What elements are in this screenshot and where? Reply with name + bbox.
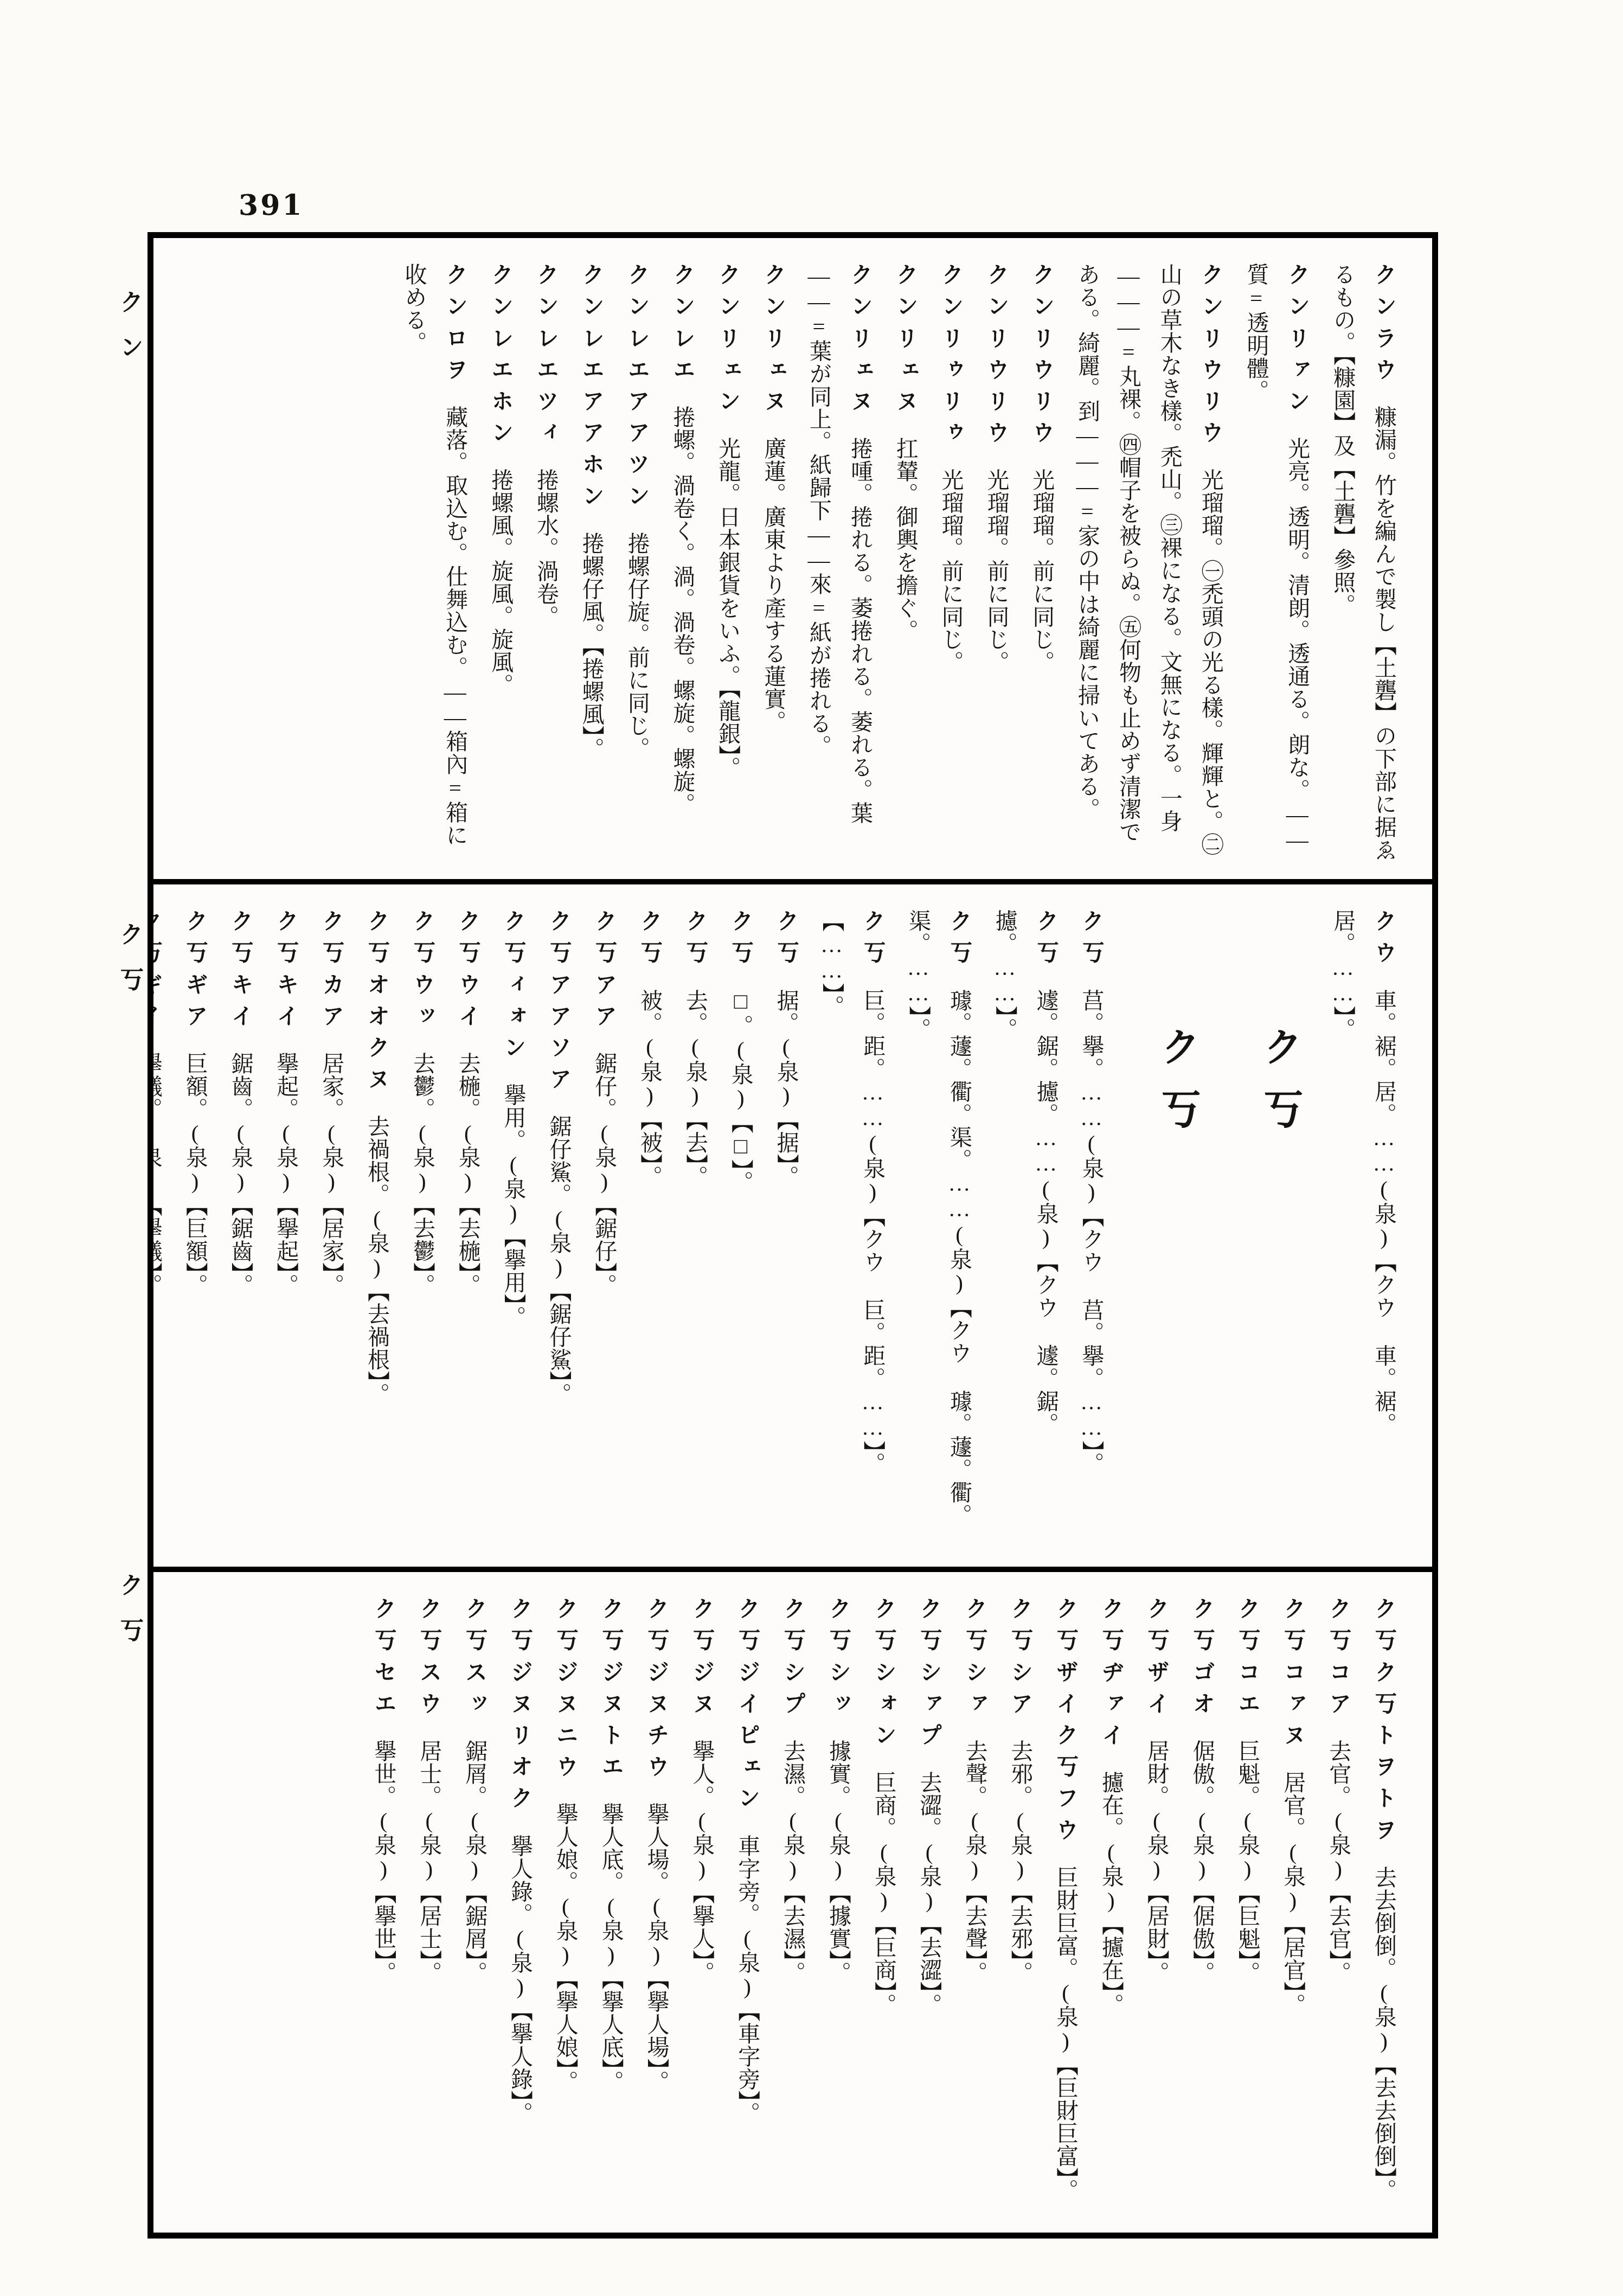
entry-reading: ク丂スッ: [462, 1597, 487, 1723]
entry-text: 捲螺水。渦卷。: [534, 469, 559, 628]
entry-text: 鋸齒。(泉)【鋸齒】。: [228, 1052, 253, 1297]
entry-reading: ク丂: [683, 909, 708, 972]
entry-reading: ク丂: [774, 909, 799, 972]
margin-label-ku-special: ク丂: [112, 1573, 146, 1663]
entry-text: 居財。(泉)【居財】。: [1144, 1740, 1169, 1985]
dictionary-entry: ク丂オオクヌ去禍根。(泉)【去禍根】。: [356, 909, 397, 1551]
entry-reading: ク丂: [728, 909, 753, 972]
dictionary-entry: ク丂璩。蘧。衢。渠。……(泉)【クウ 璩。蘧。衢。渠。……】。: [897, 909, 979, 1551]
dictionary-entry: クウ車。裾。居。……(泉)【クウ 車。裾。居。……】。: [1322, 909, 1404, 1551]
dictionary-entry: ク丂ジヌニウ擧人娘。(泉)【擧人娘】。: [544, 1597, 586, 2217]
dictionary-entry: ク丂ジヌチウ擧人場。(泉)【擧人場】。: [636, 1597, 677, 2217]
entry-reading: クンラウ: [1371, 263, 1396, 389]
entry-reading: ク丂ジヌニウ: [553, 1597, 578, 1786]
entry-reading: ク丂: [1079, 909, 1104, 972]
margin-label-kun: クン: [112, 290, 146, 380]
dictionary-entry: クンレエホン捲螺風。旋風。旋風。: [479, 263, 521, 864]
dictionary-entry: ク丂遽。鋸。攄。……(泉)【クウ 遽。鋸。攄。……】。: [984, 909, 1066, 1551]
entry-text: 居士。(泉)【居士】。: [416, 1740, 441, 1985]
dictionary-entry: クンリウリウ光瑠瑠。㊀禿頭の光る樣。輝輝と。㊁山の草木なき樣。禿山。㊂裸になる。…: [1066, 263, 1230, 864]
entry-reading: ク丂: [860, 909, 885, 972]
entry-text: 車字旁。(泉)【車字旁】。: [735, 1835, 760, 2125]
dictionary-entry: ク丂ギア巨額。(泉)【巨額】。: [174, 909, 215, 1551]
dictionary-entry: クンレエアアツン捲螺仔旋。前に同じ。: [616, 263, 657, 864]
entry-reading: ク丂ジヌトエ: [599, 1597, 624, 1786]
dictionary-entry: ク丂アア鋸仔。(泉)【鋸仔】。: [583, 909, 624, 1551]
entry-reading: クンレエ: [670, 263, 695, 389]
dictionary-entry: クンレエツィ捲螺水。渦卷。: [525, 263, 566, 864]
entry-reading: ク丂コエ: [1235, 1597, 1260, 1723]
dictionary-entry: クンリウリウ光瑠瑠。前に同じ。: [1021, 263, 1062, 864]
entry-reading: ク丂シァプ: [917, 1597, 942, 1755]
entry-reading: ク丂アア: [592, 909, 617, 1036]
entry-text: 捲螺仔風。【捲螺風】。: [579, 532, 604, 760]
dictionary-entry: ク丂ウッ去鬱。(泉)【去鬱】。: [401, 909, 442, 1551]
entry-reading: ク丂ジヌ: [689, 1597, 714, 1723]
dictionary-entry: クンラウ糠漏。竹を編んで製し【土礱】の下部に据ゑるもの。【糠園】及【土礱】參照。: [1322, 263, 1404, 864]
entry-text: 擧人底。(泉)【擧人底】。: [599, 1803, 624, 2093]
dictionary-entry: クンリェン光龍。日本銀貨をいふ。【龍銀】。: [707, 263, 748, 864]
entry-text: 倨傲。(泉)【倨傲】。: [1190, 1740, 1215, 1985]
section-header-kana: ク丂: [1140, 909, 1214, 1551]
dictionary-entry: クンリェヌ扛輦。御輿を擔ぐ。: [884, 263, 926, 864]
dictionary-frame: クンラウ糠漏。竹を編んで製し【土礱】の下部に据ゑるもの。【糠園】及【土礱】參照。…: [147, 232, 1438, 2239]
section-divider: [153, 1567, 1432, 1572]
entry-text: 光瑠瑠。前に同じ。: [1029, 469, 1054, 674]
entry-text: 莒。擧。……(泉)【クウ 莒。擧。……】。: [1079, 989, 1104, 1475]
entry-reading: クンレエアアツン: [625, 263, 650, 516]
entry-reading: ク丂コア: [1326, 1597, 1351, 1723]
dictionary-entry: クンリェヌ捲喠。捲れる。萎捲れる。萎れる。葉——=葉が同上。紙歸下——來=紙が捲…: [798, 263, 880, 864]
dictionary-entry: クンリェヌ廣蓮。廣東より產する蓮實。: [752, 263, 793, 864]
dictionary-entry: ク丂ィォン擧用。(泉)【擧用】。: [492, 909, 534, 1551]
dictionary-entry: ク丂ジヌトエ擧人底。(泉)【擧人底】。: [590, 1597, 631, 2217]
dictionary-entry: ク丂アアソア鋸仔鯊。(泉)【鋸仔鯊】。: [538, 909, 579, 1551]
dictionary-entry: ク丂セエ擧世。(泉)【擧世】。: [363, 1597, 404, 2217]
entry-reading: ク丂ザイ: [1144, 1597, 1169, 1723]
entry-reading: クンレエホン: [488, 263, 513, 452]
entry-text: 居家。(泉)【居家】。: [319, 1052, 344, 1297]
entry-reading: クンレエツィ: [534, 263, 559, 452]
entry-text: 去鬱。(泉)【去鬱】。: [410, 1052, 435, 1297]
entry-reading: ク丂ジイピェン: [735, 1597, 760, 1818]
entry-reading: ク丂ィォン: [501, 909, 526, 1067]
entry-reading: ク丂ゴオ: [1190, 1597, 1215, 1723]
entry-text: 光瑠瑠。前に同じ。: [984, 469, 1009, 674]
dictionary-entry: ク丂巨。距。……(泉)【クウ 巨。距。……】。【……】。: [811, 909, 893, 1551]
dictionary-entry: クンリウリウ光瑠瑠。前に同じ。: [976, 263, 1017, 864]
dictionary-entry: ク丂ギイ擧議。(泉)【擧議】。: [153, 909, 170, 1551]
entry-text: 去濕。(泉)【去濕】。: [780, 1740, 805, 1985]
dictionary-entry: ク丂シァ去聲。(泉)【去聲】。: [954, 1597, 995, 2217]
dictionary-entry: ク丂スッ鋸屑。(泉)【鋸屑】。: [453, 1597, 495, 2217]
dictionary-entry: ク丂ジヌリオク擧人錄。(泉)【擧人錄】。: [499, 1597, 540, 2217]
entry-reading: クンリァン: [1285, 263, 1310, 421]
entry-reading: クンリウリウ: [984, 263, 1009, 452]
entry-text: 擧人場。(泉)【擧人場】。: [644, 1803, 669, 2093]
entry-text: 擧世。(泉)【擧世】。: [371, 1740, 396, 1985]
dictionary-entry: ク丂莒。擧。……(泉)【クウ 莒。擧。……】。: [1070, 909, 1112, 1551]
entry-text: 据。(泉)【据】。: [774, 989, 799, 1188]
entry-text: 光龍。日本銀貨をいふ。【龍銀】。: [715, 437, 740, 779]
entry-text: 去去倒倒。(泉)【去去倒倒】。: [1371, 1866, 1396, 2202]
entry-text: 巨額。(泉)【巨額】。: [183, 1052, 208, 1297]
entry-text: 鋸仔。(泉)【鋸仔】。: [592, 1052, 617, 1297]
entry-reading: ク丂: [1034, 909, 1059, 972]
entry-reading: ク丂ギイ: [153, 909, 162, 1036]
entry-reading: ク丂スウ: [416, 1597, 441, 1723]
entry-reading: ク丂シォン: [871, 1597, 896, 1755]
entry-reading: クンリェヌ: [761, 263, 786, 421]
dictionary-entry: ク丂コア去官。(泉)【去官】。: [1317, 1597, 1358, 2217]
entry-text: 被。(泉)【被】。: [637, 989, 662, 1188]
section-header-kana: ク丂: [1242, 909, 1316, 1551]
margin-label-ku-special: ク丂: [112, 922, 146, 1012]
entry-text: 捲螺風。旋風。旋風。: [488, 469, 513, 696]
entry-text: 擧起。(泉)【擧起】。: [273, 1052, 298, 1297]
dictionary-entry: ク丂シア去邪。(泉)【去邪】。: [999, 1597, 1040, 2217]
dictionary-entry: ク丂□。(泉)【□】。: [720, 909, 761, 1551]
entry-text: 巨商。(泉)【巨商】。: [871, 1771, 896, 2016]
entry-text: 攄在。(泉)【攄在】。: [1099, 1771, 1124, 2016]
dictionary-entry: ク丂去。(泉)【去】。: [674, 909, 715, 1551]
entry-reading: クンリェン: [715, 263, 740, 421]
entry-text: 擧人娘。(泉)【擧人娘】。: [553, 1803, 578, 2093]
entry-text: 去。(泉)【去】。: [683, 989, 708, 1188]
dictionary-entry: クンロヲ藏落。取込む。仕舞込む。——箱內=箱に收める。: [393, 263, 476, 864]
dictionary-entry: ク丂ジヌ擧人。(泉)【擧人】。: [681, 1597, 722, 2217]
entry-reading: ク丂カア: [319, 909, 344, 1036]
entry-reading: クウ: [1371, 909, 1396, 972]
entry-reading: クンリェヌ: [848, 263, 873, 421]
dictionary-entry: ク丂ク丂トヲトヲ去去倒倒。(泉)【去去倒倒】。: [1363, 1597, 1404, 2217]
entry-reading: ク丂ジヌチウ: [644, 1597, 669, 1786]
dictionary-entry: クンリァン光亮。透明。清朗。透通る。朗な。——質=透明體。: [1235, 263, 1318, 864]
entry-reading: クンリゥリゥ: [939, 263, 964, 452]
entry-text: 據實。(泉)【據實】。: [826, 1740, 851, 1985]
dictionary-entry: ク丂ザイ居財。(泉)【居財】。: [1136, 1597, 1177, 2217]
entry-reading: ク丂シア: [1008, 1597, 1032, 1723]
dictionary-entry: ク丂据。(泉)【据】。: [765, 909, 806, 1551]
entry-reading: クンリウリウ: [1198, 263, 1223, 452]
entry-text: 璩。蘧。衢。渠。……(泉)【クウ 璩。蘧。衢。渠。……】。: [906, 909, 972, 1526]
entry-reading: ク丂アアソア: [546, 909, 571, 1099]
entry-reading: ク丂コァヌ: [1280, 1597, 1305, 1755]
entry-text: 去聲。(泉)【去聲】。: [962, 1740, 987, 1985]
entry-text: 擧議。(泉)【擧議】。: [153, 1052, 162, 1297]
entry-reading: ク丂ザイク丂フウ: [1053, 1597, 1078, 1850]
entry-text: 鋸仔鯊。(泉)【鋸仔鯊】。: [546, 1115, 571, 1406]
entry-text: 扛輦。御輿を擔ぐ。: [893, 437, 918, 642]
section-header: ク丂ク丂: [1140, 909, 1317, 1551]
entry-reading: ク丂オオクヌ: [364, 909, 389, 1099]
dictionary-entry: ク丂ヂァイ攄在。(泉)【攄在】。: [1090, 1597, 1131, 2217]
entry-text: 居官。(泉)【居官】。: [1280, 1771, 1305, 2016]
dictionary-entry: ク丂シッ據實。(泉)【據實】。: [817, 1597, 858, 2217]
entry-text: 去邪。(泉)【去邪】。: [1008, 1740, 1032, 1985]
entry-reading: クンリェヌ: [893, 263, 918, 421]
dictionary-entry: ク丂シァプ去澀。(泉)【去澀】。: [908, 1597, 950, 2217]
dictionary-entry: ク丂シォン巨商。(泉)【巨商】。: [863, 1597, 904, 2217]
entry-reading: ク丂キイ: [273, 909, 298, 1036]
entry-text: 去官。(泉)【去官】。: [1326, 1740, 1351, 1985]
dictionary-entry: クンリゥリゥ光瑠瑠。前に同じ。: [930, 263, 971, 864]
entry-reading: クンレエアアホン: [579, 263, 604, 516]
dictionary-entry: ク丂コエ巨魁。(泉)【巨魁】。: [1227, 1597, 1268, 2217]
entry-text: 去禍根。(泉)【去禍根】。: [364, 1115, 389, 1406]
entry-text: 捲螺。渦卷く。渦。渦卷。螺旋。螺旋。: [670, 406, 695, 816]
entry-reading: ク丂ジヌリオク: [508, 1597, 533, 1818]
section-ku-special-2: ク丂ク丂トヲトヲ去去倒倒。(泉)【去去倒倒】。ク丂コア去官。(泉)【去官】。ク丂…: [153, 1572, 1432, 2233]
dictionary-entry: ク丂シプ去濕。(泉)【去濕】。: [772, 1597, 813, 2217]
section-ku-special: クウ車。裾。居。……(泉)【クウ 車。裾。居。……】。ク丂ク丂ク丂莒。擧。……(…: [153, 884, 1432, 1567]
entry-text: 巨。距。……(泉)【クウ 巨。距。……】。【……】。: [819, 909, 885, 1475]
dictionary-entry: ク丂キイ擧起。(泉)【擧起】。: [265, 909, 306, 1551]
entry-text: 遽。鋸。攄。……(泉)【クウ 遽。鋸。攄。……】。: [992, 909, 1059, 1435]
entry-text: 擧人。(泉)【擧人】。: [689, 1740, 714, 1985]
dictionary-entry: ク丂コァヌ居官。(泉)【居官】。: [1272, 1597, 1313, 2217]
dictionary-entry: ク丂スウ居士。(泉)【居士】。: [408, 1597, 449, 2217]
dictionary-entry: クンレエアアホン捲螺仔風。【捲螺風】。: [570, 263, 612, 864]
entry-text: 巨魁。(泉)【巨魁】。: [1235, 1740, 1260, 1985]
dictionary-entry: ク丂キイ鋸齒。(泉)【鋸齒】。: [220, 909, 261, 1551]
entry-reading: ク丂ヂァイ: [1099, 1597, 1124, 1755]
dictionary-entry: ク丂カア居家。(泉)【居家】。: [310, 909, 351, 1551]
entry-text: 去椸。(泉)【去椸】。: [456, 1052, 480, 1297]
page-number: 391: [239, 189, 304, 222]
section-kun: クンラウ糠漏。竹を編んで製し【土礱】の下部に据ゑるもの。【糠園】及【土礱】參照。…: [153, 238, 1432, 879]
entry-reading: ク丂ウッ: [410, 909, 435, 1036]
dictionary-entry: ク丂ザイク丂フウ巨財巨富。(泉)【巨財巨富】。: [1044, 1597, 1086, 2217]
entry-reading: ク丂: [947, 909, 972, 972]
entry-reading: ク丂ク丂トヲトヲ: [1371, 1597, 1396, 1850]
entry-text: 去澀。(泉)【去澀】。: [917, 1771, 942, 2016]
entry-reading: ク丂シッ: [826, 1597, 851, 1723]
entry-reading: ク丂キイ: [228, 909, 253, 1036]
entry-reading: ク丂ギア: [183, 909, 208, 1036]
entry-text: 鋸屑。(泉)【鋸屑】。: [462, 1740, 487, 1985]
entry-reading: ク丂: [637, 909, 662, 972]
entry-text: □。(泉)【□】。: [728, 989, 753, 1194]
entry-reading: クンロヲ: [442, 263, 467, 389]
entry-text: 廣蓮。廣東より產する蓮實。: [761, 437, 786, 733]
entry-reading: ク丂シァ: [962, 1597, 987, 1723]
entry-text: 擧人錄。(泉)【擧人錄】。: [508, 1835, 533, 2125]
entry-text: 車。裾。居。……(泉)【クウ 車。裾。居。……】。: [1330, 909, 1396, 1435]
entry-text: 巨財巨富。(泉)【巨財巨富】。: [1053, 1866, 1078, 2202]
dictionary-entry: ク丂ウイ去椸。(泉)【去椸】。: [447, 909, 488, 1551]
entry-reading: ク丂ウイ: [456, 909, 480, 1036]
dictionary-entry: クンレエ捲螺。渦卷く。渦。渦卷。螺旋。螺旋。: [662, 263, 703, 864]
dictionary-entry: ク丂被。(泉)【被】。: [628, 909, 670, 1551]
entry-reading: クンリウリウ: [1029, 263, 1054, 452]
section-divider: [153, 879, 1432, 884]
dictionary-entry: ク丂ジイピェン車字旁。(泉)【車字旁】。: [726, 1597, 767, 2217]
entry-text: 光瑠瑠。前に同じ。: [939, 469, 964, 674]
entry-text: 擧用。(泉)【擧用】。: [501, 1083, 526, 1329]
entry-reading: ク丂シプ: [780, 1597, 805, 1723]
entry-text: 捲螺仔旋。前に同じ。: [625, 532, 650, 760]
entry-reading: ク丂セエ: [371, 1597, 396, 1723]
dictionary-entry: ク丂ゴオ倨傲。(泉)【倨傲】。: [1181, 1597, 1222, 2217]
